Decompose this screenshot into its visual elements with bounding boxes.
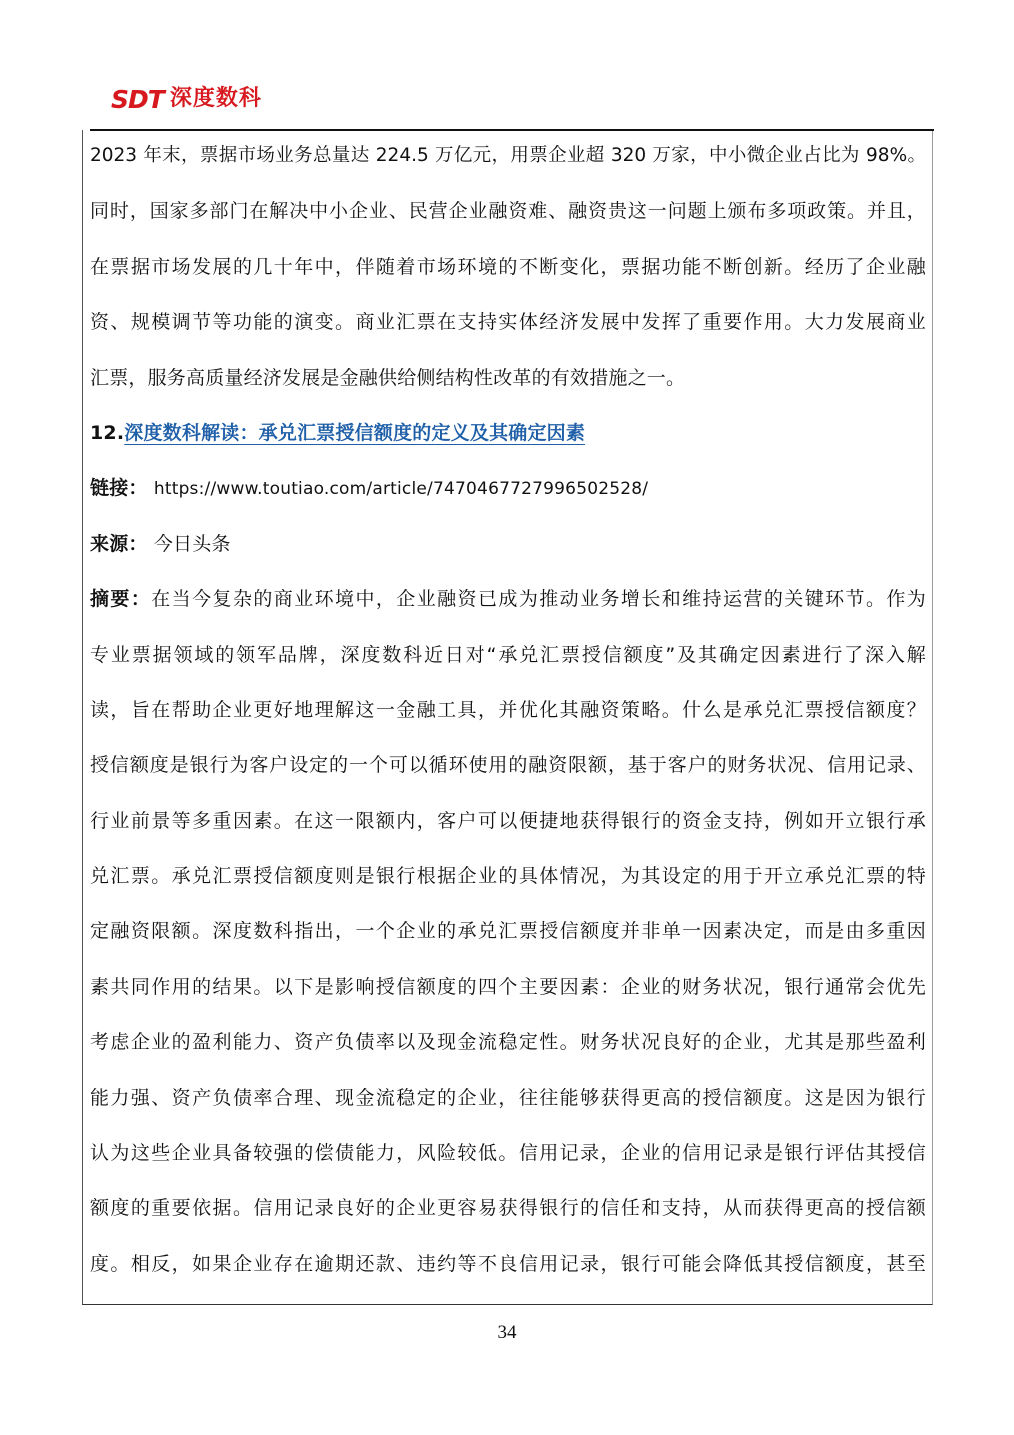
summary-line: 认为这些企业具备较强的偿债能力，风险较低。信用记录，企业的信用记录是银行评估其授… bbox=[90, 1129, 926, 1184]
summary-line: 额度的重要依据。信用记录良好的企业更容易获得银行的信任和支持，从而获得更高的授信… bbox=[90, 1184, 926, 1239]
article-source-row: 来源： 今日头条 bbox=[90, 520, 926, 575]
page-number: 34 bbox=[0, 1322, 1014, 1344]
company-logo: SDT 深度数科 bbox=[111, 84, 262, 114]
intro-line: 同时，国家多部门在解决中小企业、民营企业融资难、融资贵这一问题上颁布多项政策。并… bbox=[90, 187, 926, 242]
summary-line: 授信额度是银行为客户设定的一个可以循环使用的融资限额，基于客户的财务状况、信用记… bbox=[90, 741, 926, 796]
source-value: 今日头条 bbox=[154, 533, 231, 555]
article-number: 12. bbox=[90, 422, 124, 444]
source-label: 来源： bbox=[90, 533, 148, 555]
summary-line: 摘要：在当今复杂的商业环境中，企业融资已成为推动业务增长和维持运营的关键环节。作… bbox=[90, 575, 926, 630]
summary-line: 专业票据领域的领军品牌，深度数科近日对“承兑汇票授信额度”及其确定因素进行了深入… bbox=[90, 631, 926, 686]
intro-line: 2023 年末，票据市场业务总量达 224.5 万亿元，用票企业超 320 万家… bbox=[90, 132, 926, 187]
summary-text: 在当今复杂的商业环境中，企业融资已成为推动业务增长和维持运营的关键环节。作为 bbox=[151, 588, 926, 610]
intro-line: 汇票，服务高质量经济发展是金融供给侧结构性改革的有效措施之一。 bbox=[90, 354, 926, 409]
article-title-link[interactable]: 深度数科解读：承兑汇票授信额度的定义及其确定因素 bbox=[124, 422, 585, 444]
link-label: 链接： bbox=[90, 477, 148, 499]
article-link-row: 链接： https://www.toutiao.com/article/7470… bbox=[90, 464, 926, 519]
summary-line: 行业前景等多重因素。在这一限额内，客户可以便捷地获得银行的资金支持，例如开立银行… bbox=[90, 797, 926, 852]
article-heading: 12.深度数科解读：承兑汇票授信额度的定义及其确定因素 bbox=[90, 409, 926, 464]
logo-text: 深度数科 bbox=[170, 88, 262, 110]
intro-line: 资、规模调节等功能的演变。商业汇票在支持实体经济发展中发挥了重要作用。大力发展商… bbox=[90, 298, 926, 353]
header-divider bbox=[90, 129, 934, 131]
intro-line: 在票据市场发展的几十年中，伴随着市场环境的不断变化，票据功能不断创新。经历了企业… bbox=[90, 243, 926, 298]
summary-line: 度。相反，如果企业存在逾期还款、违约等不良信用记录，银行可能会降低其授信额度，甚… bbox=[90, 1240, 926, 1295]
summary-label: 摘要： bbox=[90, 588, 151, 610]
logo-mark: SDT bbox=[111, 87, 164, 112]
summary-line: 定融资限额。深度数科指出，一个企业的承兑汇票授信额度并非单一因素决定，而是由多重… bbox=[90, 907, 926, 962]
article-url[interactable]: https://www.toutiao.com/article/74704677… bbox=[154, 479, 648, 499]
summary-line: 素共同作用的结果。以下是影响授信额度的四个主要因素：企业的财务状况，银行通常会优… bbox=[90, 963, 926, 1018]
summary-line: 兑汇票。承兑汇票授信额度则是银行根据企业的具体情况，为其设定的用于开立承兑汇票的… bbox=[90, 852, 926, 907]
summary-line: 能力强、资产负债率合理、现金流稳定的企业，往往能够获得更高的授信额度。这是因为银… bbox=[90, 1074, 926, 1129]
summary-line: 考虑企业的盈利能力、资产负债率以及现金流稳定性。财务状况良好的企业，尤其是那些盈… bbox=[90, 1018, 926, 1073]
document-body: 2023 年末，票据市场业务总量达 224.5 万亿元，用票企业超 320 万家… bbox=[90, 132, 926, 1295]
summary-line: 读，旨在帮助企业更好地理解这一金融工具，并优化其融资策略。什么是承兑汇票授信额度… bbox=[90, 686, 926, 741]
